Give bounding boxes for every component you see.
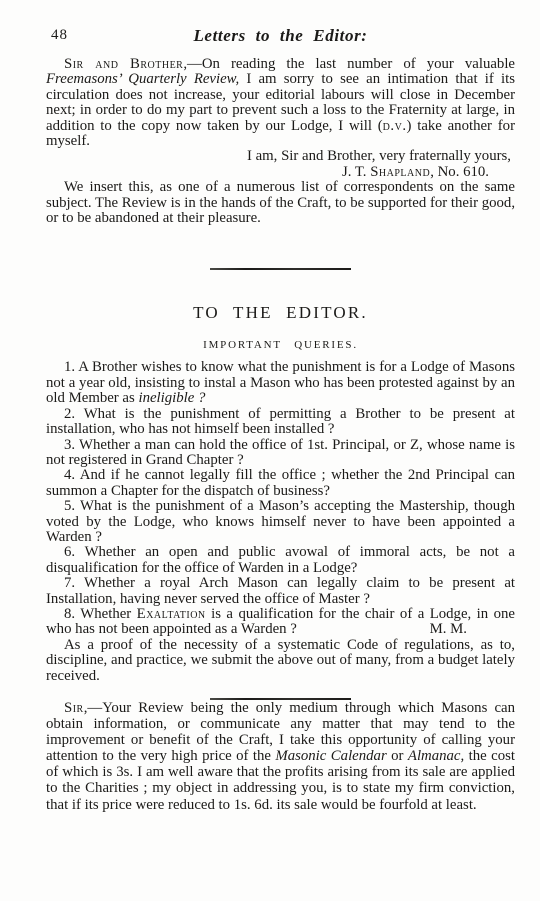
page-number: 48 <box>51 27 68 44</box>
section-heading: TO THE EDITOR. <box>46 303 515 322</box>
query-item-2: 2. What is the punishment of permitting … <box>46 407 515 438</box>
letter-signature: J. T. Shapland, No. 610. <box>46 165 515 180</box>
queries-list: 1. A Brother wishes to know what the pun… <box>46 360 515 637</box>
query-item-6: 6. Whether an open and public avowal of … <box>46 545 515 576</box>
second-letter-paragraph: Sir,—Your Review being the only medium t… <box>46 700 515 813</box>
letter-paragraph: Sir and Brother,—On reading the last num… <box>46 57 515 149</box>
running-title: Letters to the Editor: <box>46 26 515 46</box>
section-divider <box>210 268 351 270</box>
query-item-1: 1. A Brother wishes to know what the pun… <box>46 360 515 406</box>
page-body: Sir and Brother,—On reading the last num… <box>46 57 515 813</box>
scanned-page: 48 Letters to the Editor: Sir and Brothe… <box>0 0 540 901</box>
section-subheading: IMPORTANT QUERIES. <box>46 339 515 352</box>
page-header: 48 Letters to the Editor: <box>46 26 515 47</box>
query-item-7: 7. Whether a royal Arch Mason can legall… <box>46 576 515 607</box>
query-item-3: 3. Whether a man can hold the office of … <box>46 438 515 469</box>
section-closing-note: As a proof of the necessity of a systema… <box>46 638 515 684</box>
editor-note: We insert this, as one of a numerous lis… <box>46 180 515 226</box>
query-item-5: 5. What is the punishment of a Mason’s a… <box>46 499 515 545</box>
query-item-4: 4. And if he cannot legally fill the off… <box>46 468 515 499</box>
query-item-8: 8. Whether Exaltation is a qualification… <box>46 607 515 638</box>
query-attribution: M. M. <box>412 622 467 637</box>
letter-closing: I am, Sir and Brother, very fraternally … <box>46 149 515 164</box>
